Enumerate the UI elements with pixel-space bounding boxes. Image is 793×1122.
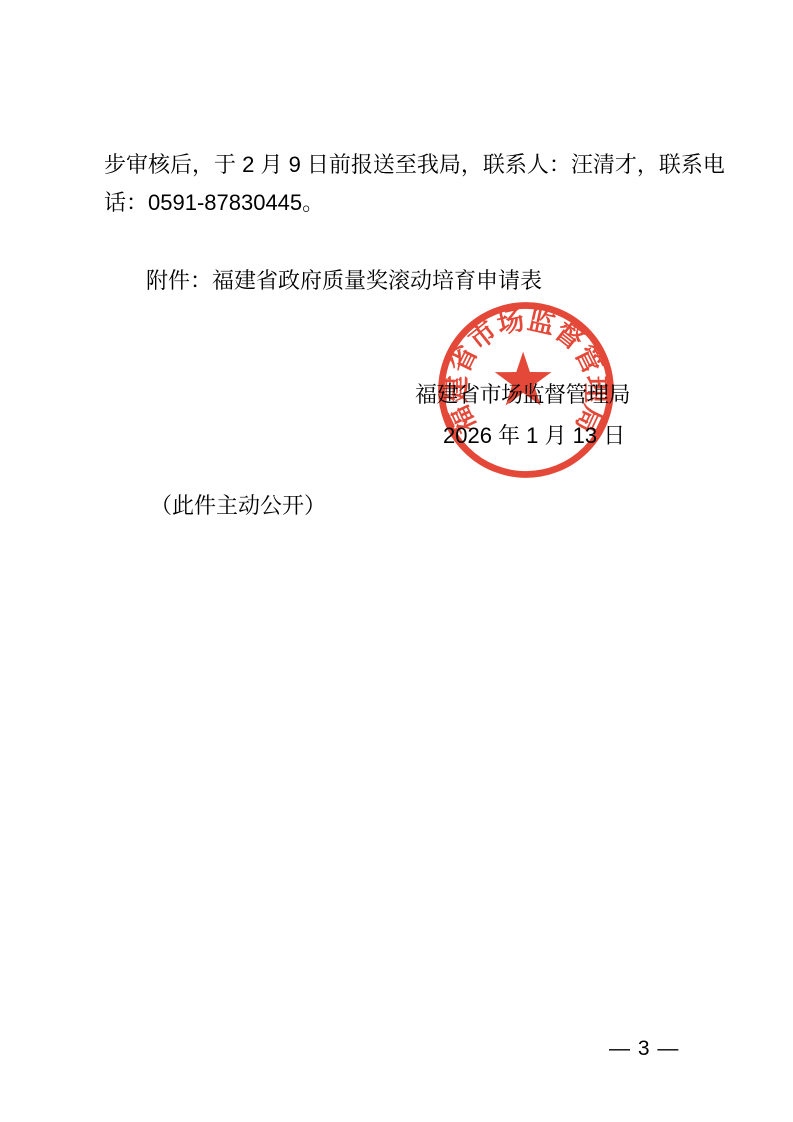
page-number: — 3 —	[609, 1030, 679, 1068]
paragraph-line-2: 话：0591-87830445。	[104, 184, 719, 222]
body-paragraph: 步审核后，于 2 月 9 日前报送至我局，联系人：汪清才，联系电 话：0591-…	[104, 146, 719, 222]
disclosure-note: （此件主动公开）	[150, 487, 326, 525]
paragraph-line-1: 步审核后，于 2 月 9 日前报送至我局，联系人：汪清才，联系电	[104, 146, 719, 184]
document-page: 步审核后，于 2 月 9 日前报送至我局，联系人：汪清才，联系电 话：0591-…	[0, 0, 793, 1122]
signature-org: 福建省市场监督管理局	[415, 376, 630, 414]
signature-date: 2026 年 1 月 13 日	[443, 417, 625, 455]
